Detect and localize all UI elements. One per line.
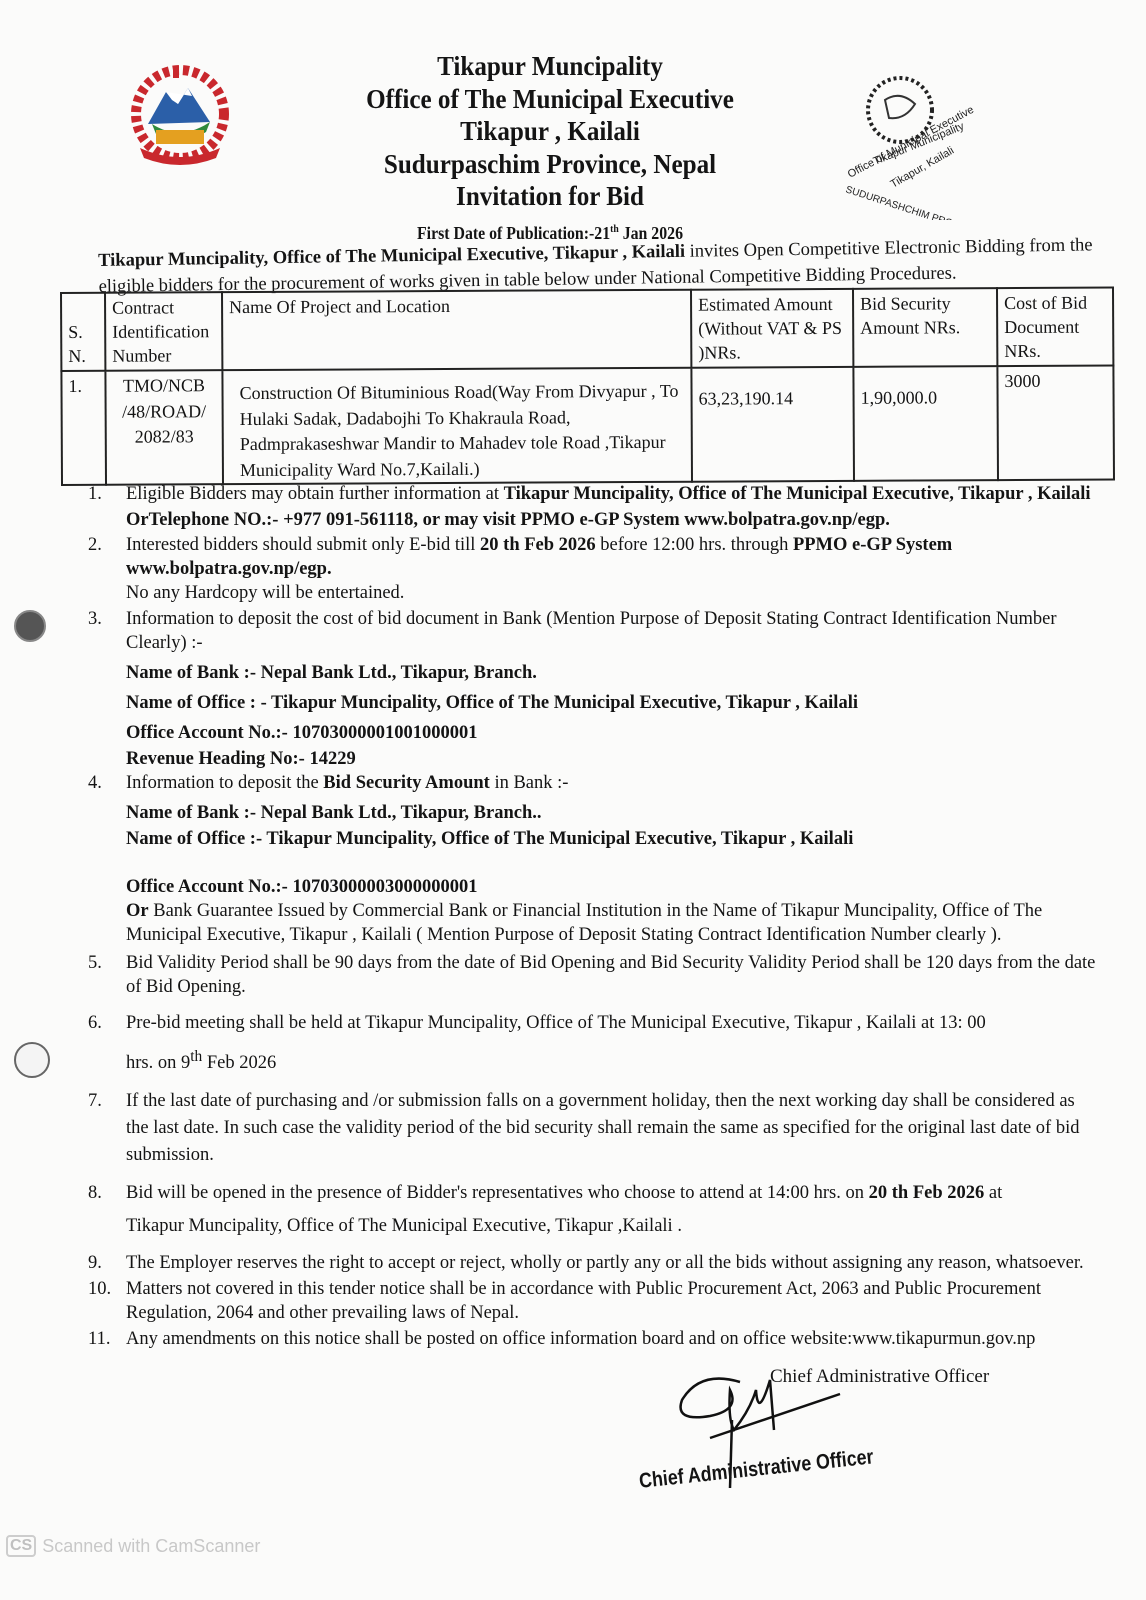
clause-4: 4. Information to deposit the Bid Securi… — [88, 771, 1098, 947]
clause-10: 10. Matters not covered in this tender n… — [88, 1277, 1098, 1325]
col-header-estimated: Estimated Amount (Without VAT & PS )NRs. — [691, 289, 853, 368]
cell-doc-cost: 3000 — [997, 365, 1114, 480]
clause-2: 2. Interested bidders should submit only… — [88, 533, 1098, 605]
clause-11: 11. Any amendments on this notice shall … — [88, 1327, 1098, 1351]
document-header: Tikapur Muncipality Office of The Munici… — [330, 50, 770, 244]
signatory-title: Chief Administrative Officer — [770, 1366, 989, 1388]
clause-8: 8. Bid will be opened in the presence of… — [88, 1177, 1098, 1243]
header-office: Office of The Municipal Executive — [345, 83, 754, 116]
nepal-government-emblem-icon — [126, 62, 234, 170]
table-row: 1. TMO/NCB /48/ROAD/ 2082/83 Constructio… — [61, 365, 1114, 485]
clause-6: 6. Pre-bid meeting shall be held at Tika… — [88, 1007, 1098, 1080]
cell-contract-id: TMO/NCB /48/ROAD/ 2082/83 — [105, 370, 223, 485]
clauses-list: 1. Eligible Bidders may obtain further i… — [88, 480, 1098, 1351]
scanner-watermark: CS Scanned with CamScanner — [6, 1535, 260, 1557]
col-header-doc-cost: Cost of Bid Document NRs. — [997, 287, 1113, 366]
binder-hole-icon — [14, 1042, 50, 1078]
clause-5: 5. Bid Validity Period shall be 90 days … — [88, 951, 1098, 999]
clause-7: 7. If the last date of purchasing and /o… — [88, 1088, 1098, 1169]
header-location: Tikapur , Kailali — [345, 115, 754, 148]
clause-9: 9. The Employer reserves the right to ac… — [88, 1251, 1098, 1275]
camscanner-logo-icon: CS — [6, 1535, 36, 1557]
table-header-row: S. N. Contract Identification Number Nam… — [61, 287, 1113, 371]
col-header-contract-id: Contract Identification Number — [105, 292, 222, 371]
header-municipality: Tikapur Muncipality — [345, 50, 754, 83]
col-header-project: Name Of Project and Location — [222, 290, 691, 370]
col-header-bid-security: Bid Security Amount NRs. — [853, 288, 997, 367]
cell-sn: 1. — [61, 371, 106, 485]
col-header-sn: S. N. — [61, 293, 105, 371]
municipal-seal-icon: Tikapur Municipality Office of Municipal… — [845, 60, 1005, 220]
header-province: Sudurpaschim Province, Nepal — [345, 148, 754, 181]
clause-3: 3. Information to deposit the cost of bi… — [88, 607, 1098, 771]
binder-hole-icon — [14, 610, 46, 642]
cell-bid-security: 1,90,000.0 — [853, 366, 998, 481]
bid-table: S. N. Contract Identification Number Nam… — [60, 286, 1115, 486]
cell-project: Construction Of Bituminious Road(Way Fro… — [222, 368, 692, 484]
document-title: Invitation for Bid — [345, 180, 754, 213]
clause-1: 1. Eligible Bidders may obtain further i… — [88, 482, 1098, 532]
svg-text:SUDURPASHCHIM PROVINCE: SUDURPASHCHIM PROVINCE — [845, 184, 983, 220]
watermark-text: Scanned with CamScanner — [42, 1536, 260, 1557]
cell-estimated-amount: 63,23,190.14 — [691, 367, 854, 482]
signature-block: Chief Administrative Officer Chief Admin… — [630, 1360, 1030, 1510]
